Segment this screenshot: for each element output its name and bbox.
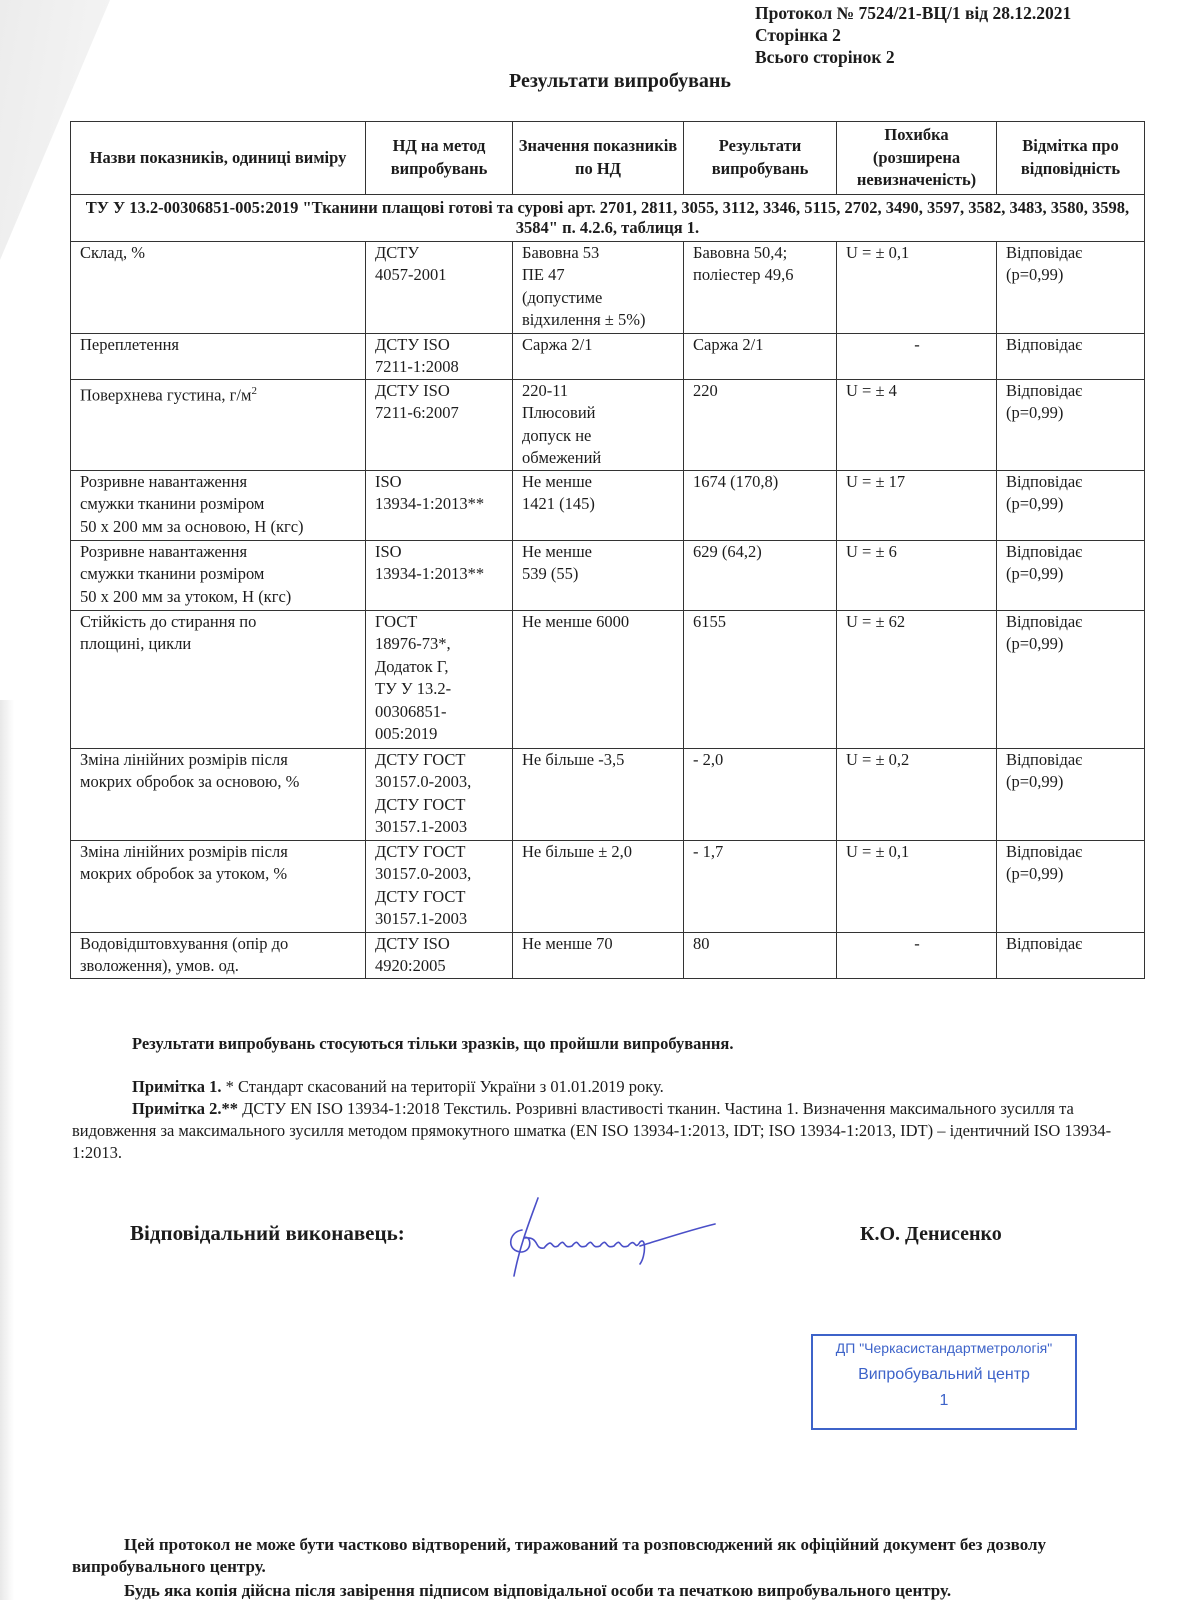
indicator-name: Склад, % — [71, 241, 366, 333]
conformity-mark-text: Відповідає — [1006, 335, 1082, 354]
test-result: Саржа 2/1 — [684, 333, 837, 379]
test-method-text: ISO 13934-1:2013** — [375, 472, 484, 514]
required-value: Не більше -3,5 — [513, 748, 684, 840]
indicator-name-text: Розривне навантаження смужки тканини роз… — [80, 542, 291, 606]
test-result-text: 220 — [693, 381, 718, 400]
results-scope-text: Результати випробувань стосуються тільки… — [72, 1033, 1132, 1055]
test-result-text: 80 — [693, 934, 710, 953]
test-result-text: - 2,0 — [693, 750, 723, 769]
required-value-text: Саржа 2/1 — [522, 335, 593, 354]
required-value: Не менше 539 (55) — [513, 540, 684, 610]
table-row: Водовідштовхування (опір до зволоження),… — [71, 932, 1145, 978]
testing-center-stamp: ДП "Черкасистандартметрологія" Випробува… — [811, 1334, 1077, 1430]
indicator-name: Зміна лінійних розмірів після мокрих обр… — [71, 748, 366, 840]
indicator-name-text: Склад, % — [80, 243, 145, 262]
required-value-text: Не менше 70 — [522, 934, 613, 953]
unit-superscript: 2 — [251, 385, 257, 397]
handwritten-signature — [500, 1190, 720, 1280]
indicator-name: Водовідштовхування (опір до зволоження),… — [71, 932, 366, 978]
footer-disclaimer: Цей протокол не може бути частково відтв… — [72, 1534, 1132, 1600]
indicator-name: Переплетення — [71, 333, 366, 379]
test-result: 80 — [684, 932, 837, 978]
specification-text: ТУ У 13.2-00306851-005:2019 "Тканини пла… — [71, 194, 1145, 241]
test-method: ISO 13934-1:2013** — [366, 540, 513, 610]
uncertainty: - — [837, 932, 997, 978]
table-header-row: Назви показників, одиниці виміру НД на м… — [71, 122, 1145, 195]
test-result: 629 (64,2) — [684, 540, 837, 610]
table-row: Поверхнева густина, г/м2ДСТУ ISO 7211-6:… — [71, 379, 1145, 470]
document-title: Результати випробувань — [0, 70, 1200, 93]
uncertainty: U = ± 0,2 — [837, 748, 997, 840]
note-1: Примітка 1. * Стандарт скасований на тер… — [72, 1076, 1132, 1098]
page-number: Сторінка 2 — [755, 24, 1071, 46]
test-result-text: 6155 — [693, 612, 726, 631]
indicator-name-text: Розривне навантаження смужки тканини роз… — [80, 472, 304, 536]
specification-row: ТУ У 13.2-00306851-005:2019 "Тканини пла… — [71, 194, 1145, 241]
conformity-mark: Відповідає (p=0,99) — [997, 840, 1145, 932]
indicator-name: Розривне навантаження смужки тканини роз… — [71, 540, 366, 610]
protocol-header: Протокол № 7524/21-ВЦ/1 від 28.12.2021 С… — [755, 2, 1071, 68]
required-value: Саржа 2/1 — [513, 333, 684, 379]
responsible-executor-label: Відповідальний виконавець: — [130, 1221, 405, 1246]
uncertainty: U = ± 0,1 — [837, 241, 997, 333]
table-row: Стійкість до стирання по площині, циклиГ… — [71, 610, 1145, 748]
table-row: Розривне навантаження смужки тканини роз… — [71, 470, 1145, 540]
conformity-mark: Відповідає — [997, 932, 1145, 978]
table-row: Зміна лінійних розмірів після мокрих обр… — [71, 840, 1145, 932]
table-row: Розривне навантаження смужки тканини роз… — [71, 540, 1145, 610]
test-method: ДСТУ ISO 4920:2005 — [366, 932, 513, 978]
indicator-name: Поверхнева густина, г/м2 — [71, 379, 366, 470]
column-header: НД на метод випробувань — [366, 122, 513, 195]
required-value-text: Не менше 1421 (145) — [522, 472, 595, 514]
test-method-text: ГОСТ 18976-73*, Додаток Г, ТУ У 13.2- 00… — [375, 612, 451, 744]
note-2-label: Примітка 2.** — [132, 1099, 238, 1118]
footnotes: Примітка 1. * Стандарт скасований на тер… — [72, 1076, 1132, 1164]
conformity-mark: Відповідає — [997, 333, 1145, 379]
required-value-text: Не більше ± 2,0 — [522, 842, 632, 861]
results-table: Назви показників, одиниці виміру НД на м… — [70, 121, 1145, 979]
required-value: Не більше ± 2,0 — [513, 840, 684, 932]
test-result: Бавовна 50,4; поліестер 49,6 — [684, 241, 837, 333]
test-result: 1674 (170,8) — [684, 470, 837, 540]
column-header: Значення показників по НД — [513, 122, 684, 195]
test-method: ISO 13934-1:2013** — [366, 470, 513, 540]
conformity-mark: Відповідає (p=0,99) — [997, 748, 1145, 840]
uncertainty: U = ± 0,1 — [837, 840, 997, 932]
stamp-organization: ДП "Черкасистандартметрологія" — [813, 1340, 1075, 1356]
uncertainty-text: U = ± 0,1 — [846, 842, 909, 861]
indicator-name-text: Зміна лінійних розмірів після мокрих обр… — [80, 750, 299, 792]
required-value-text: 220-11 Плюсовий допуск не обмежений — [522, 381, 601, 468]
scan-page-edge — [0, 700, 14, 1600]
test-method: ДСТУ ГОСТ 30157.0-2003, ДСТУ ГОСТ 30157.… — [366, 840, 513, 932]
test-result-text: 629 (64,2) — [693, 542, 762, 561]
conformity-mark: Відповідає (p=0,99) — [997, 470, 1145, 540]
required-value: Не менше 6000 — [513, 610, 684, 748]
total-pages: Всього сторінок 2 — [755, 46, 1071, 68]
conformity-mark-text: Відповідає (p=0,99) — [1006, 381, 1082, 423]
conformity-mark-text: Відповідає (p=0,99) — [1006, 750, 1082, 792]
stamp-department: Випробувальний центр — [813, 1366, 1075, 1384]
uncertainty-text: - — [914, 335, 920, 354]
indicator-name: Стійкість до стирання по площині, цикли — [71, 610, 366, 748]
table-row: Зміна лінійних розмірів після мокрих обр… — [71, 748, 1145, 840]
test-method: ГОСТ 18976-73*, Додаток Г, ТУ У 13.2- 00… — [366, 610, 513, 748]
test-method-text: ДСТУ ISO 7211-6:2007 — [375, 381, 459, 423]
required-value: Не менше 70 — [513, 932, 684, 978]
required-value-text: Не менше 539 (55) — [522, 542, 592, 584]
test-method-text: ДСТУ ISO 4920:2005 — [375, 934, 450, 976]
test-result: - 2,0 — [684, 748, 837, 840]
test-method-text: ISO 13934-1:2013** — [375, 542, 484, 584]
test-method-text: ДСТУ ГОСТ 30157.0-2003, ДСТУ ГОСТ 30157.… — [375, 842, 471, 929]
uncertainty: U = ± 6 — [837, 540, 997, 610]
results-scope-note: Результати випробувань стосуються тільки… — [72, 1033, 1132, 1055]
indicator-name-text: Зміна лінійних розмірів після мокрих обр… — [80, 842, 288, 884]
required-value: Бавовна 53 ПЕ 47 (допустиме відхилення ±… — [513, 241, 684, 333]
conformity-mark: Відповідає (p=0,99) — [997, 540, 1145, 610]
uncertainty-text: U = ± 4 — [846, 381, 897, 400]
uncertainty: U = ± 4 — [837, 379, 997, 470]
executor-name: К.О. Денисенко — [860, 1223, 1002, 1246]
conformity-mark-text: Відповідає (p=0,99) — [1006, 243, 1082, 285]
stamp-number: 1 — [813, 1392, 1075, 1410]
column-header: Назви показників, одиниці виміру — [71, 122, 366, 195]
test-method-text: ДСТУ 4057-2001 — [375, 243, 447, 285]
table-row: ПереплетенняДСТУ ISO 7211-1:2008Саржа 2/… — [71, 333, 1145, 379]
test-result-text: Саржа 2/1 — [693, 335, 764, 354]
test-result: 220 — [684, 379, 837, 470]
conformity-mark-text: Відповідає (p=0,99) — [1006, 842, 1082, 884]
column-header: Результати випробувань — [684, 122, 837, 195]
uncertainty: U = ± 62 — [837, 610, 997, 748]
indicator-name-text: Поверхнева густина, г/м — [80, 385, 251, 404]
uncertainty: - — [837, 333, 997, 379]
uncertainty-text: U = ± 17 — [846, 472, 905, 491]
note-2: Примітка 2.** ДСТУ EN ISO 13934-1:2018 Т… — [72, 1098, 1132, 1164]
conformity-mark: Відповідає (p=0,99) — [997, 241, 1145, 333]
footer-line-1: Цей протокол не може бути частково відтв… — [72, 1534, 1132, 1578]
required-value: Не менше 1421 (145) — [513, 470, 684, 540]
test-method: ДСТУ 4057-2001 — [366, 241, 513, 333]
uncertainty-text: U = ± 62 — [846, 612, 905, 631]
conformity-mark: Відповідає (p=0,99) — [997, 379, 1145, 470]
uncertainty-text: U = ± 0,2 — [846, 750, 909, 769]
test-method: ДСТУ ISO 7211-1:2008 — [366, 333, 513, 379]
required-value: 220-11 Плюсовий допуск не обмежений — [513, 379, 684, 470]
indicator-name: Розривне навантаження смужки тканини роз… — [71, 470, 366, 540]
uncertainty-text: U = ± 0,1 — [846, 243, 909, 262]
uncertainty: U = ± 17 — [837, 470, 997, 540]
test-result-text: - 1,7 — [693, 842, 723, 861]
indicator-name-text: Стійкість до стирання по площині, цикли — [80, 612, 256, 654]
test-method-text: ДСТУ ISO 7211-1:2008 — [375, 335, 459, 377]
test-method: ДСТУ ГОСТ 30157.0-2003, ДСТУ ГОСТ 30157.… — [366, 748, 513, 840]
uncertainty-text: U = ± 6 — [846, 542, 897, 561]
conformity-mark-text: Відповідає (p=0,99) — [1006, 542, 1082, 584]
conformity-mark-text: Відповідає (p=0,99) — [1006, 612, 1082, 654]
footer-line-2: Будь яка копія дійсна після завірення пі… — [72, 1580, 1132, 1600]
conformity-mark-text: Відповідає (p=0,99) — [1006, 472, 1082, 514]
uncertainty-text: - — [914, 934, 920, 953]
test-method: ДСТУ ISO 7211-6:2007 — [366, 379, 513, 470]
indicator-name-text: Водовідштовхування (опір до зволоження),… — [80, 934, 288, 976]
required-value-text: Бавовна 53 ПЕ 47 (допустиме відхилення ±… — [522, 243, 645, 330]
column-header: Похибка (розширена невизначеність) — [837, 122, 997, 195]
conformity-mark-text: Відповідає — [1006, 934, 1082, 953]
note-1-text: * Стандарт скасований на території Украї… — [221, 1077, 663, 1096]
test-result-text: 1674 (170,8) — [693, 472, 778, 491]
conformity-mark: Відповідає (p=0,99) — [997, 610, 1145, 748]
test-method-text: ДСТУ ГОСТ 30157.0-2003, ДСТУ ГОСТ 30157.… — [375, 750, 471, 837]
note-1-label: Примітка 1. — [132, 1077, 221, 1096]
test-result-text: Бавовна 50,4; поліестер 49,6 — [693, 243, 794, 285]
protocol-number: Протокол № 7524/21-ВЦ/1 від 28.12.2021 — [755, 2, 1071, 24]
test-result: - 1,7 — [684, 840, 837, 932]
required-value-text: Не більше -3,5 — [522, 750, 624, 769]
test-result: 6155 — [684, 610, 837, 748]
required-value-text: Не менше 6000 — [522, 612, 629, 631]
table-row: Склад, %ДСТУ 4057-2001Бавовна 53 ПЕ 47 (… — [71, 241, 1145, 333]
indicator-name: Зміна лінійних розмірів після мокрих обр… — [71, 840, 366, 932]
indicator-name-text: Переплетення — [80, 335, 179, 354]
column-header: Відмітка про відповідність — [997, 122, 1145, 195]
